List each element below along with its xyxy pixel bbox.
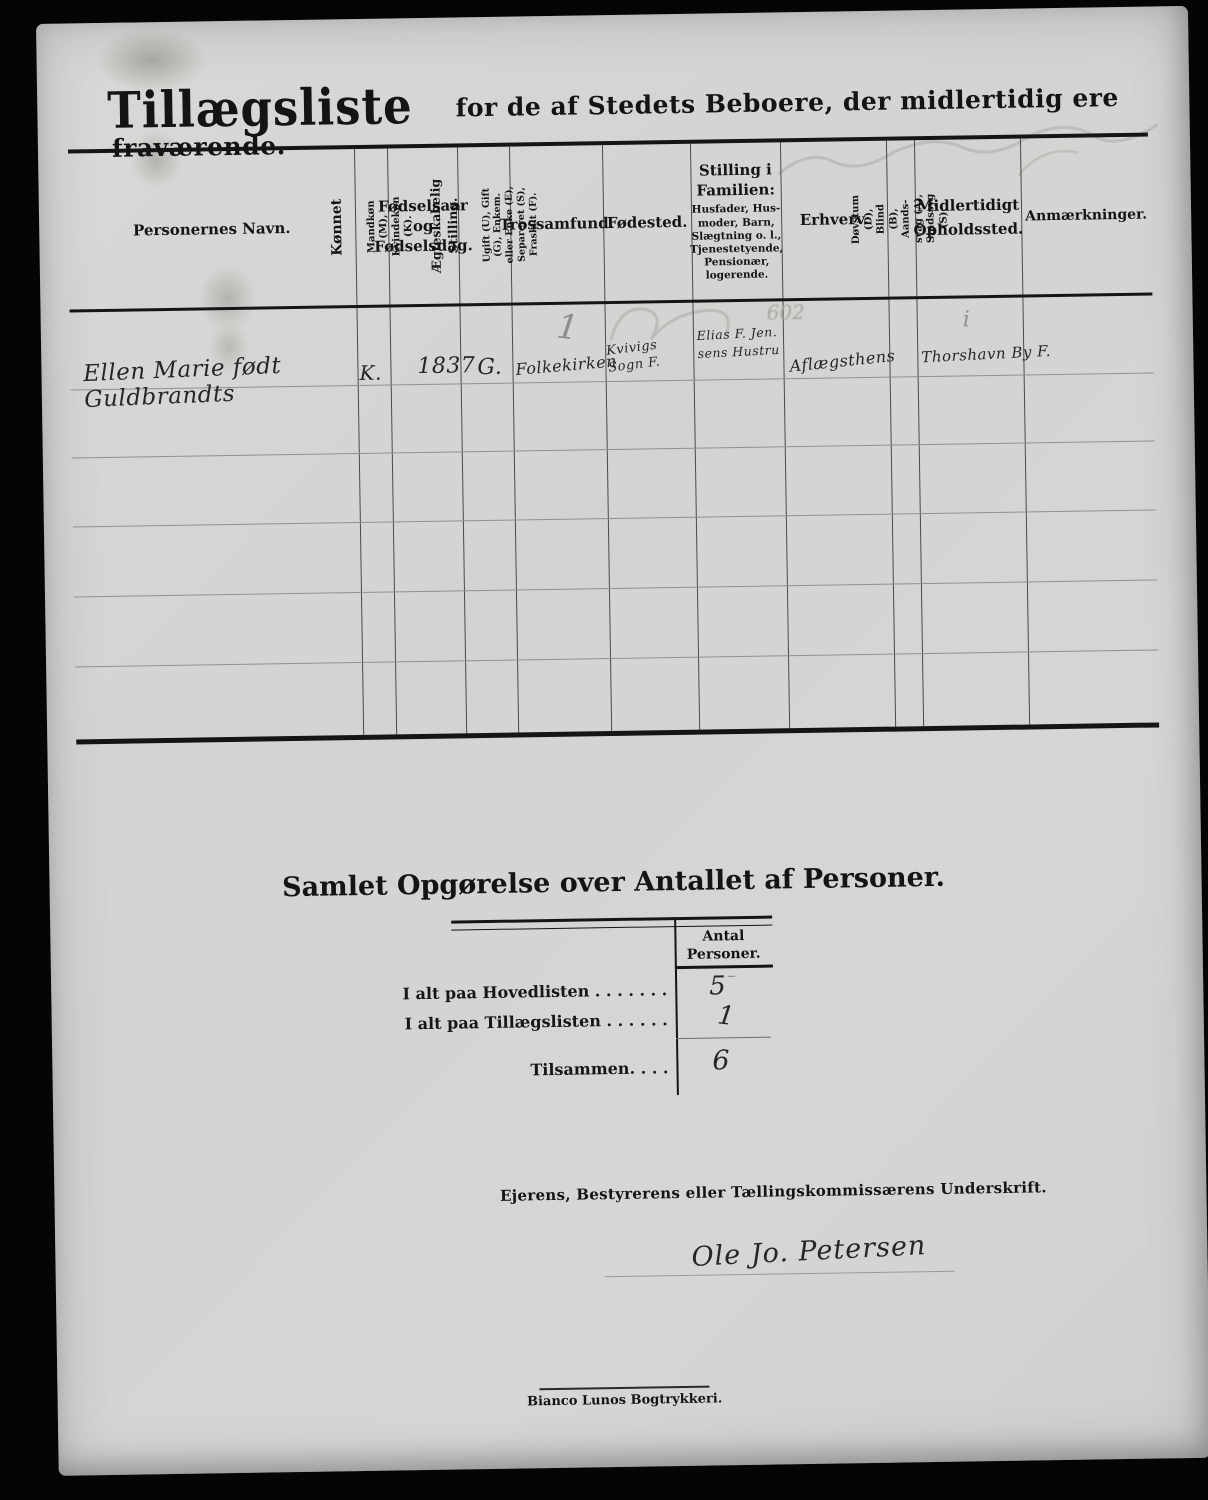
table-row-line [72, 440, 1155, 458]
row1-stay: Thorshavn By F. [921, 342, 1051, 367]
pencil-tick-stay: i [963, 307, 970, 332]
scan-background: Tillægsliste for de af Stedets Beboere, … [0, 0, 1208, 1500]
row1-sex: K. [359, 361, 382, 385]
column-header-birthplace: Fødested. [602, 144, 692, 301]
row1-marital: G. [477, 355, 502, 380]
row1-name: Ellen Marie født Guldbrandts [83, 349, 375, 413]
summary-value-tick: – [727, 965, 736, 986]
imprint-rule [539, 1386, 709, 1391]
table-bottom-rule [76, 722, 1159, 744]
signature-caption: Ejerens, Bestyrerens eller Tællingskommi… [473, 1178, 1073, 1205]
summary-row-value: 5 [709, 971, 727, 1001]
summary-row-value: 6 [712, 1045, 730, 1076]
row1-birth-year: 1837 [417, 353, 475, 379]
signature-line [605, 1271, 955, 1277]
summary-row-value: 1 [716, 1000, 737, 1032]
signature-handwritten: Ole Jo. Petersen [691, 1230, 927, 1273]
summary-row-label: I alt paa Tillægslisten . . . . . . [352, 1010, 668, 1034]
row1-faith: Folkekirken [515, 351, 618, 379]
form-title: Tillægsliste [107, 76, 413, 140]
summary-title: Samlet Opgørelse over Antallet af Person… [263, 862, 963, 904]
pencil-ghost-number: 602 [766, 300, 805, 325]
column-header-faith: Trossamfund. [509, 145, 604, 302]
column-header-disability: Døvstum (D), Blind (B), Aands- svag (A),… [886, 140, 916, 296]
row1-birthplace: Kvivigs Sogn F. [605, 338, 661, 378]
column-header-stay: Midlertidigt Opholdssted. [914, 139, 1022, 297]
pencil-tick-faith: 1 [554, 307, 580, 349]
column-header-family: Stilling i Familien: Husfader, Hus- mode… [690, 142, 782, 299]
summary-row-label: Tilsammen. . . . [352, 1058, 668, 1082]
summary-header-rule [675, 965, 773, 969]
table-row-line [75, 649, 1158, 667]
form-subtitle: for de af Stedets Beboere, der midlertid… [455, 83, 1119, 122]
summary-row-label: I alt paa Hovedlisten . . . . . . . [351, 980, 667, 1004]
table-row-line [73, 509, 1156, 527]
table-row-line [74, 579, 1157, 597]
row1-family-position: Elias F. Jen. sens Hustru [696, 323, 780, 362]
summary-count-header: Antal Personer. [674, 927, 773, 965]
printer-imprint: Bianco Lunos Bogtrykkeri. [490, 1391, 760, 1410]
column-header-remarks: Anmærkninger. [1020, 137, 1152, 295]
census-form-page: Tillægsliste for de af Stedets Beboere, … [36, 6, 1208, 1476]
